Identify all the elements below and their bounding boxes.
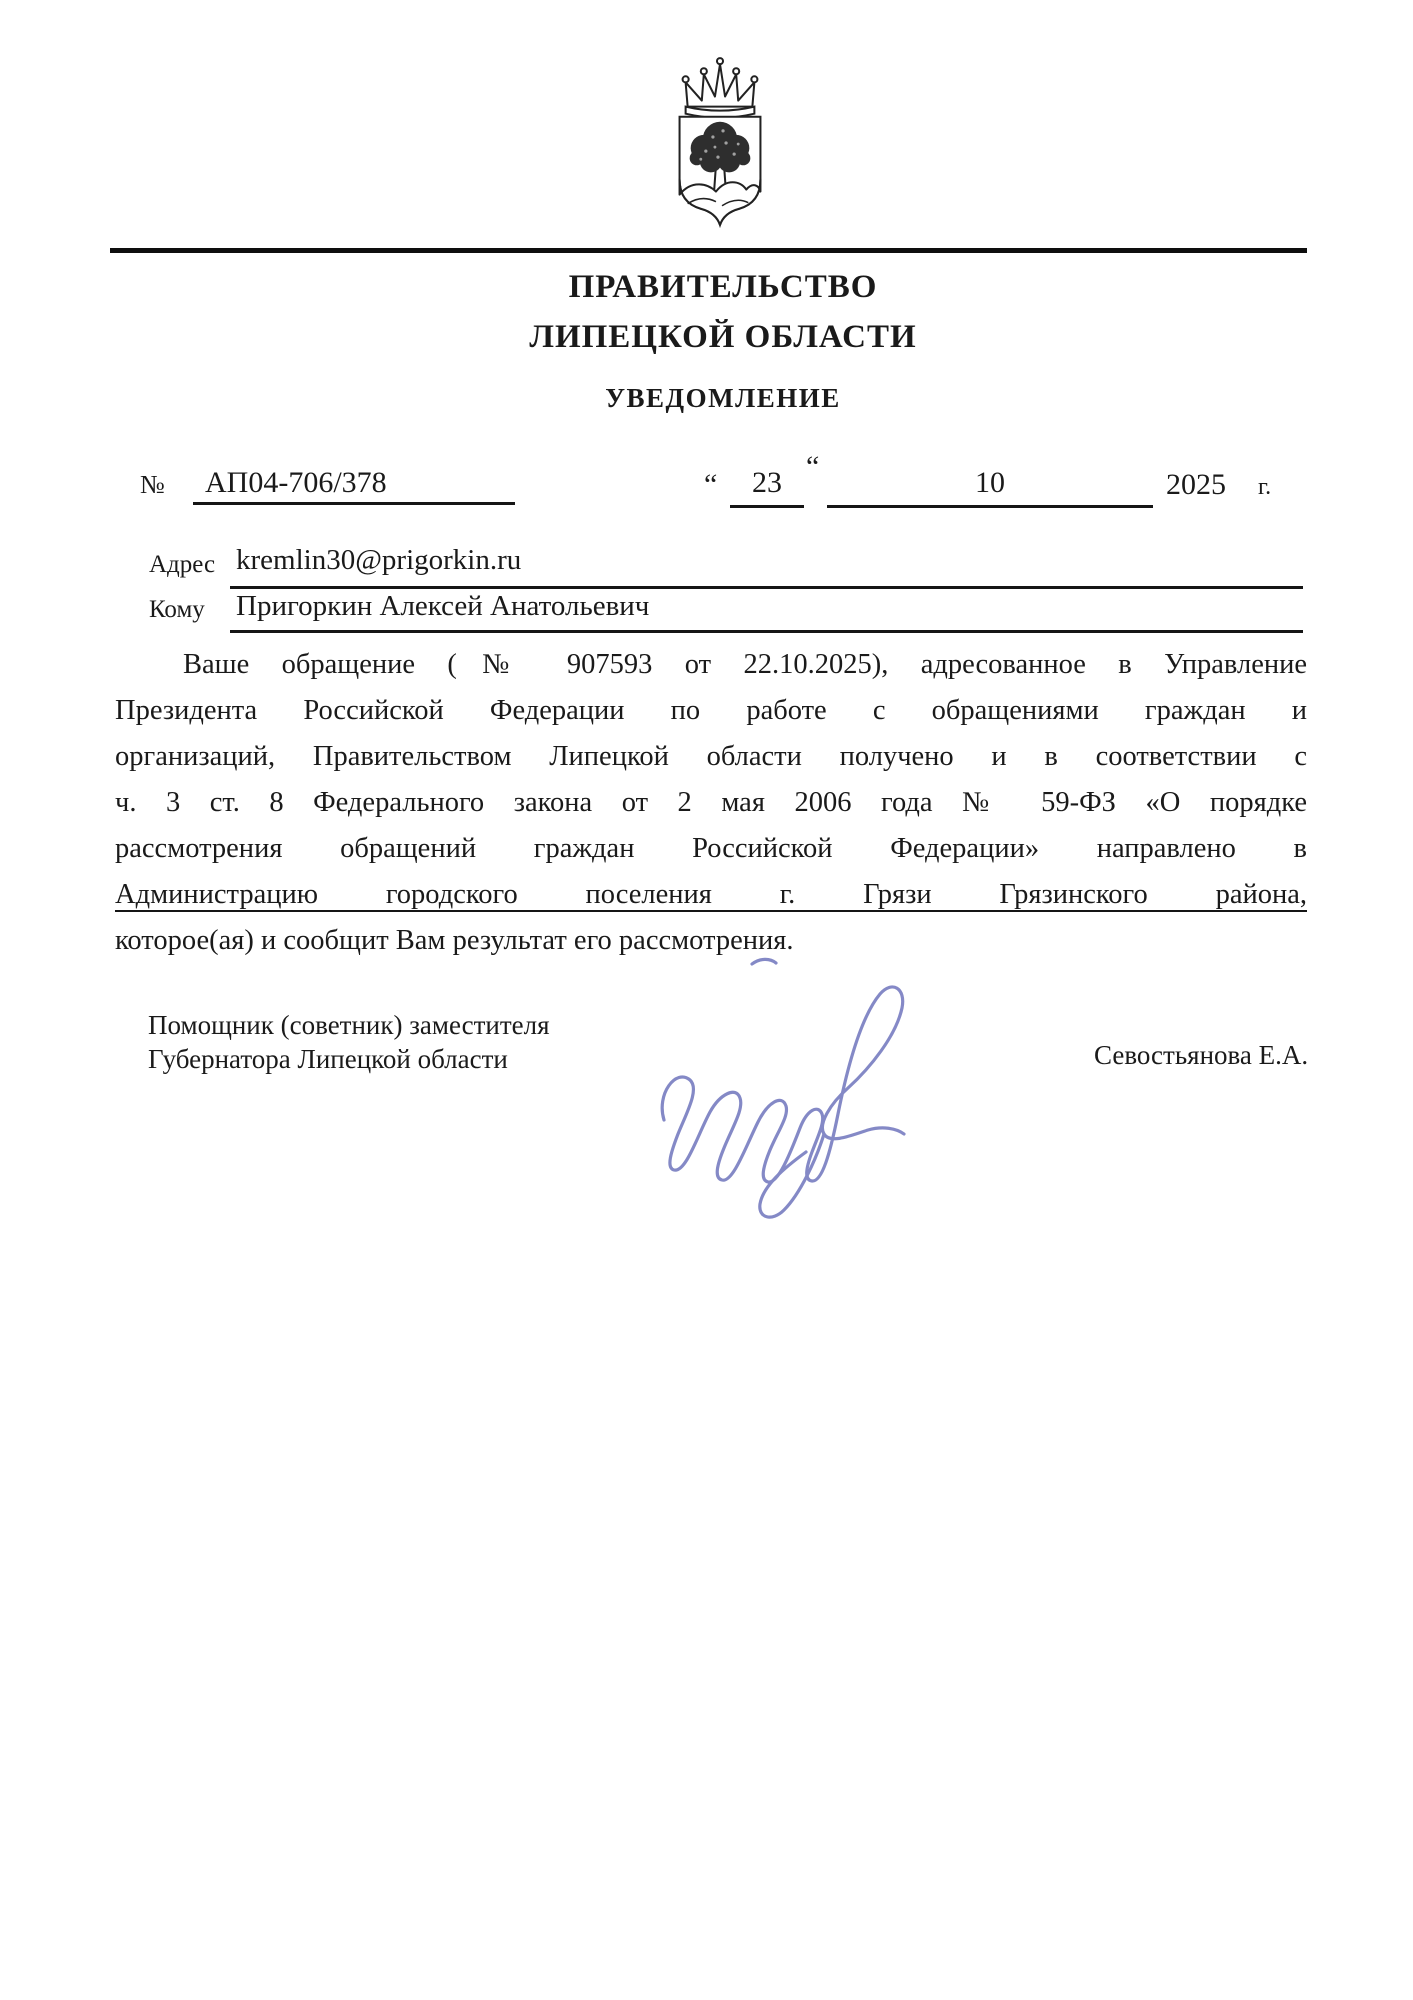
signer-position-line2: Губернатора Липецкой области <box>148 1042 550 1076</box>
hills-icon <box>680 179 761 225</box>
number-label: № <box>140 470 165 500</box>
org-name-line2: ЛИПЕЦКОЙ ОБЛАСТИ <box>115 312 1331 362</box>
recipient-underline <box>230 630 1303 633</box>
coat-of-arms-icon <box>666 50 774 232</box>
recipient-value: Пригоркин Алексей Анатольевич <box>236 590 649 623</box>
date-month: 10 <box>827 466 1153 508</box>
body-line: рассмотрения обращений граждан Российско… <box>115 826 1307 872</box>
date-day: 23 <box>730 466 804 508</box>
address-label: Адрес <box>149 551 215 579</box>
body-line-underlined: Администрацию городского поселения г. Гр… <box>115 872 1307 918</box>
date-year: 2025 <box>1166 468 1226 502</box>
notification-document-page: ПРАВИТЕЛЬСТВО ЛИПЕЦКОЙ ОБЛАСТИ УВЕДОМЛЕН… <box>0 0 1413 2000</box>
document-type-title: УВЕДОМЛЕНИЕ <box>115 383 1331 414</box>
body-paragraph: Ваше обращение (№ 907593 от 22.10.2025),… <box>115 642 1307 964</box>
handwritten-signature <box>648 956 920 1228</box>
date-close-quote: “ <box>806 450 819 484</box>
body-line: Президента Российской Федерации по работ… <box>115 688 1307 734</box>
number-value: АП04-706/378 <box>193 466 515 505</box>
body-line: организаций, Правительством Липецкой обл… <box>115 734 1307 780</box>
org-name: ПРАВИТЕЛЬСТВО ЛИПЕЦКОЙ ОБЛАСТИ <box>115 262 1331 362</box>
body-line: Ваше обращение (№ 907593 от 22.10.2025),… <box>115 642 1307 688</box>
signer-position: Помощник (советник) заместителя Губернат… <box>148 1008 550 1076</box>
recipient-label: Кому <box>149 596 205 624</box>
crown-icon <box>683 58 758 118</box>
signer-name: Севостьянова Е.А. <box>1094 1040 1308 1071</box>
address-value: kremlin30@prigorkin.ru <box>236 544 521 577</box>
body-line: ч. 3 ст. 8 Федерального закона от 2 мая … <box>115 780 1307 826</box>
org-name-line1: ПРАВИТЕЛЬСТВО <box>115 262 1331 312</box>
address-underline <box>230 586 1303 589</box>
signer-position-line1: Помощник (советник) заместителя <box>148 1008 550 1042</box>
date-year-suffix: г. <box>1258 474 1271 501</box>
date-open-quote: “ <box>704 468 717 502</box>
header-divider <box>110 248 1307 253</box>
